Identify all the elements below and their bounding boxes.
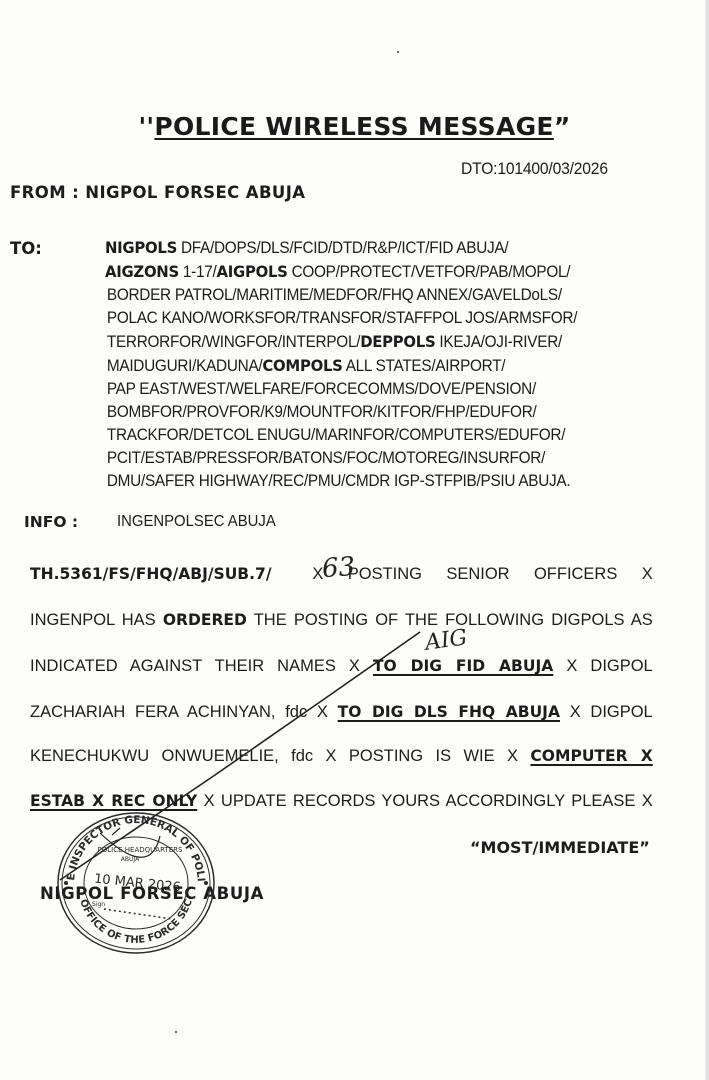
- recipient-line: DMU/SAFER HIGHWAY/REC/PMU/CMDR IGP-STFPI…: [105, 470, 577, 493]
- message-body-line: INDICATED AGAINST THEIR NAMES X TO DIG F…: [30, 656, 653, 676]
- body-text: X DIGPOL: [560, 702, 653, 721]
- body-text: INGENPOL HAS: [30, 610, 163, 629]
- recipient-group-label: AIGPOLS: [217, 262, 288, 281]
- recipient-line: BORDER PATROL/MARITIME/MEDFOR/FHQ ANNEX/…: [105, 284, 577, 307]
- info-value: INGENPOLSEC ABUJA: [117, 513, 276, 531]
- recipient-text: PCIT/ESTAB/PRESSFOR/BATONS/FOC/MOTOREG/I…: [107, 449, 545, 467]
- priority-label: “MOST/IMMEDIATE”: [470, 838, 650, 857]
- recipient-text: BORDER PATROL/MARITIME/MEDFOR/FHQ ANNEX/…: [107, 286, 562, 304]
- recipient-text: MAIDUGURI/KADUNA/: [107, 357, 263, 375]
- body-text: THE POSTING OF THE FOLLOWING DIGPOLS AS: [247, 610, 653, 629]
- page-edge-shadow: [705, 0, 709, 1080]
- stamp-inner-org: POLICE HEADQUARTERS: [98, 846, 183, 854]
- ink-speck: [175, 1031, 177, 1033]
- recipient-text: PAP EAST/WEST/WELFARE/FORCECOMMS/DOVE/PE…: [107, 380, 536, 398]
- recipient-text: TRACKFOR/DETCOL ENUGU/MARINFOR/COMPUTERS…: [107, 426, 565, 444]
- body-text: X UPDATE RECORDS YOURS ACCORDINGLY PLEAS…: [197, 791, 652, 810]
- ink-speck: [397, 51, 399, 53]
- title-open-quote: '': [138, 112, 154, 141]
- recipient-line: MAIDUGURI/KADUNA/COMPOLS ALL STATES/AIRP…: [105, 354, 577, 378]
- dto-reference: DTO:101400/03/2026: [461, 159, 608, 179]
- recipient-group-label: NIGPOLS: [105, 238, 177, 257]
- emphasized-text: COMPUTER X: [530, 746, 652, 765]
- emphasized-text: TO DIG FID ABUJA: [373, 656, 553, 675]
- recipient-line: PAP EAST/WEST/WELFARE/FORCECOMMS/DOVE/PE…: [105, 378, 577, 401]
- from-line: FROM : NIGPOL FORSEC ABUJA: [10, 183, 305, 202]
- recipient-line: NIGPOLS DFA/DOPS/DLS/FCID/DTD/R&P/ICT/FI…: [105, 236, 577, 260]
- message-body-line: ZACHARIAH FERA ACHINYAN, fdc X TO DIG DL…: [30, 702, 653, 722]
- stamp-inner-city: ABUJA: [121, 856, 140, 863]
- recipient-list: NIGPOLS DFA/DOPS/DLS/FCID/DTD/R&P/ICT/FI…: [105, 236, 577, 493]
- recipient-text: ALL STATES/AIRPORT/: [343, 357, 506, 375]
- recipient-group-label: COMPOLS: [262, 356, 342, 375]
- recipient-text: COOP/PROTECT/VETFOR/PAB/MOPOL/: [288, 263, 571, 281]
- handwritten-annotation: AIG: [423, 625, 468, 656]
- stamp-outer-top: THE INSPECTOR GENERAL OF POLICE: [52, 805, 207, 882]
- reference-number: TH.5361/FS/FHQ/ABJ/SUB.7/: [30, 564, 271, 583]
- stamp-date: 10 MAR 2026: [93, 872, 181, 896]
- body-text: X DIGPOL: [553, 656, 652, 675]
- title-text: POLICE WIRELESS MESSAGE: [154, 112, 553, 141]
- body-text: INDICATED AGAINST THEIR NAMES X: [30, 656, 373, 675]
- recipient-group-label: DEPPOLS: [360, 332, 435, 351]
- info-label: INFO :: [24, 513, 78, 531]
- handwritten-ref-number: 63: [321, 552, 356, 584]
- to-label: TO:: [10, 239, 42, 258]
- recipient-line: AIGZONS 1-17/AIGPOLS COOP/PROTECT/VETFOR…: [105, 260, 577, 284]
- body-text: KENECHUKWU ONWUEMELIE, fdc X POSTING IS …: [30, 746, 530, 765]
- message-body-line: KENECHUKWU ONWUEMELIE, fdc X POSTING IS …: [30, 746, 653, 766]
- svg-text:THE INSPECTOR GENERAL OF POLIC: THE INSPECTOR GENERAL OF POLICE: [52, 805, 207, 882]
- recipient-text: DFA/DOPS/DLS/FCID/DTD/R&P/ICT/FID ABUJA/: [177, 239, 508, 257]
- document-title: ''POLICE WIRELESS MESSAGE”: [0, 112, 709, 141]
- recipient-line: TERRORFOR/WINGFOR/INTERPOL/DEPPOLS IKEJA…: [105, 330, 577, 354]
- body-text: ORDERED: [163, 610, 247, 629]
- recipient-text: BOMBFOR/PROVFOR/K9/MOUNTFOR/KITFOR/FHP/E…: [107, 403, 537, 421]
- recipient-text: DMU/SAFER HIGHWAY/REC/PMU/CMDR IGP-STFPI…: [107, 472, 571, 490]
- recipient-text: IKEJA/OJI-RIVER/: [435, 333, 562, 351]
- message-body-line: INGENPOL HAS ORDERED THE POSTING OF THE …: [30, 610, 653, 630]
- recipient-group-label: AIGZONS: [105, 262, 179, 281]
- title-close-quote: ”: [554, 112, 571, 141]
- official-stamp: THE INSPECTOR GENERAL OF POLICE OFFICE O…: [52, 805, 217, 955]
- emphasized-text: TO DIG DLS FHQ ABUJA: [338, 702, 560, 721]
- recipient-line: BOMBFOR/PROVFOR/K9/MOUNTFOR/KITFOR/FHP/E…: [105, 401, 577, 424]
- recipient-line: POLAC KANO/WORKSFOR/TRANSFOR/STAFFPOL JO…: [105, 307, 577, 330]
- recipient-text: 1-17/: [179, 263, 217, 281]
- recipient-line: PCIT/ESTAB/PRESSFOR/BATONS/FOC/MOTOREG/I…: [105, 447, 577, 470]
- recipient-text: POLAC KANO/WORKSFOR/TRANSFOR/STAFFPOL JO…: [107, 309, 577, 327]
- stamp-sign-label: Sign: [92, 901, 105, 908]
- recipient-text: TERRORFOR/WINGFOR/INTERPOL/: [107, 333, 360, 351]
- wireless-message-page: ''POLICE WIRELESS MESSAGE” DTO:101400/03…: [0, 0, 709, 1080]
- recipient-line: TRACKFOR/DETCOL ENUGU/MARINFOR/COMPUTERS…: [105, 424, 577, 447]
- body-text: ZACHARIAH FERA ACHINYAN, fdc X: [30, 702, 338, 721]
